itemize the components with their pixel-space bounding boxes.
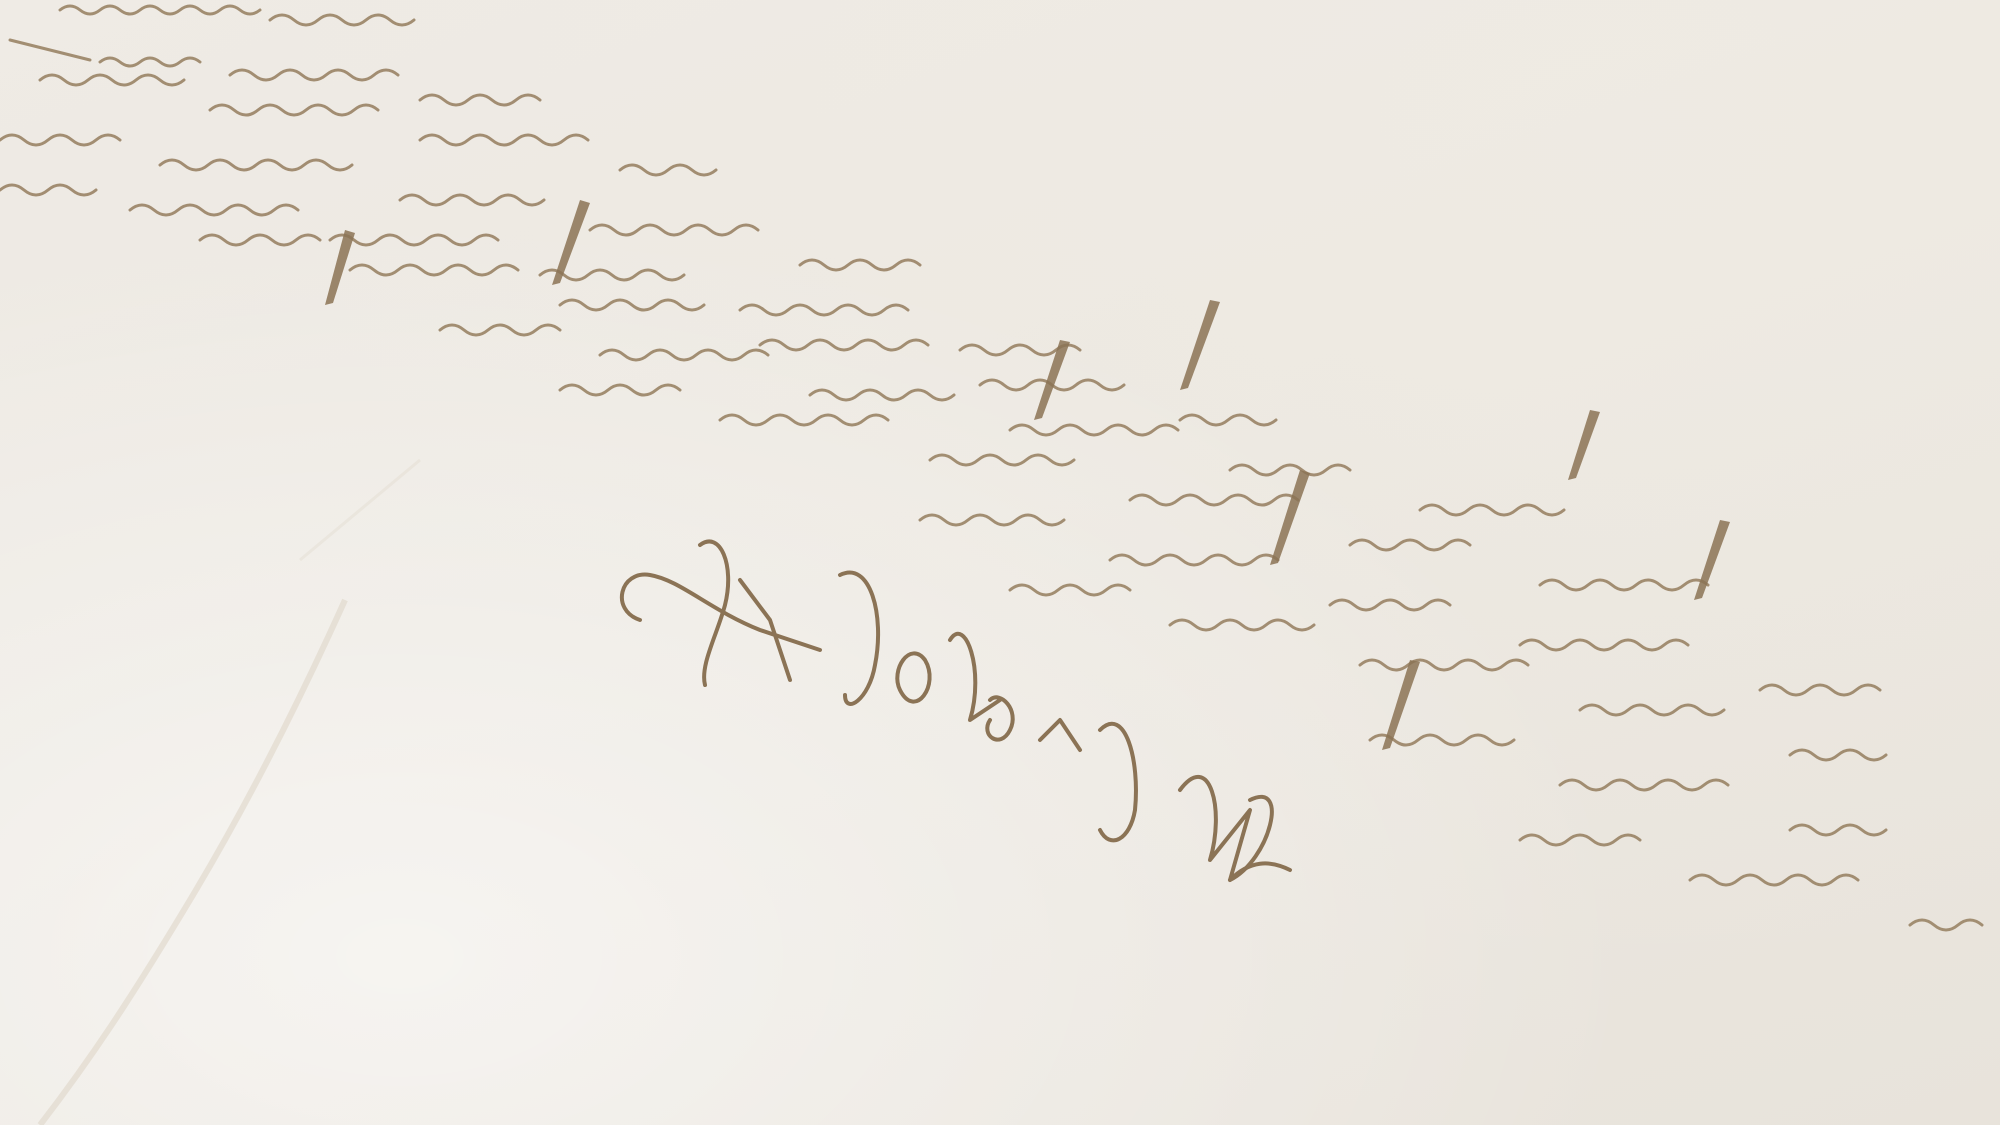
manuscript-photo: Diagonal lines of cursive script in sepi… (0, 0, 2000, 1125)
signature (0, 0, 2000, 1125)
